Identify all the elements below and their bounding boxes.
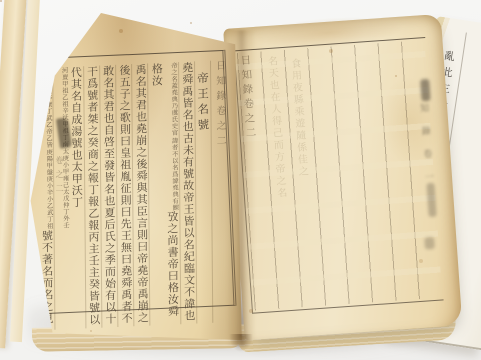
column-text: 敢名其君也自啓至發皆名也夏后氏之季而始有以十 bbox=[102, 65, 117, 325]
column-text: 後五子之歌則曰皇祖胤征則曰先王無曰堯舜禹者不 bbox=[118, 64, 133, 324]
column-text: 代其名自成湯號也太甲沃丁 bbox=[69, 66, 83, 208]
ink-smudge bbox=[420, 79, 431, 102]
gutter-fold bbox=[226, 30, 256, 346]
commentary-note: 庚陽甲盤庚小辛小乙武丁祖 庚祖甲廩辛康丁武乙帝乙皆 bbox=[44, 68, 52, 230]
volume-title: 日知錄卷之二 bbox=[214, 60, 226, 151]
text-column: 禹名其君也堯崩之後舜與其臣言則曰帝堯帝禹崩之 bbox=[131, 63, 149, 326]
ink-smudge bbox=[424, 237, 435, 250]
gutter-notch bbox=[229, 334, 253, 352]
text-column: 敢名其君也自啓至發皆名也夏后氏之季而始有以十 bbox=[99, 65, 117, 328]
text-column: 干爲號者桀之癸商之報丁報乙報丙主壬主癸皆號以 bbox=[83, 66, 101, 329]
text-column: 諱者不以名爲諱堯典有鰥 帝之名蓋堯典乃虞氏史官 攷之尚書帝曰格汝舜格汝 bbox=[148, 62, 181, 325]
column-text: 禹名其君也堯崩之後舜與其臣言則曰帝堯帝禹崩之 bbox=[134, 63, 149, 323]
note-sub-right: 諱者不以名爲諱堯典有鰥 bbox=[171, 137, 179, 211]
photo-of-open-chinese-book: 亂此三代以上之世 引廣序 方綵 名天也在人得己而方帝之名 食用夜縣乘遊隨係佳之 … bbox=[0, 0, 481, 360]
text-column: 堯舜禹皆名也古未有號故帝王皆以名紀臨文不諱也 bbox=[178, 61, 196, 324]
paper-speckles bbox=[0, 0, 2, 2]
right-page: 名天也在人得己而方帝之名 食用夜縣乘遊隨係佳之 日知錄卷之二 知錄卷一 bbox=[223, 14, 462, 340]
text-column: 後五子之歌則曰皇祖胤征則曰先王無曰堯舜禹者不 bbox=[115, 64, 133, 327]
text-column: 庚陽甲盤庚小辛小乙武丁祖 庚祖甲廩辛康丁武乙帝乙皆 號不著名而名之見於 bbox=[22, 68, 55, 331]
left-page: 日知錄卷之二 帝王名號 堯舜禹皆名也古未有號故帝王皆以名紀臨文不諱也 諱者不以名… bbox=[24, 6, 244, 354]
entry-heading-column: 帝王名號 bbox=[194, 61, 212, 324]
note-sub-left: 帝之名蓋堯典乃虞氏史官 bbox=[170, 62, 178, 136]
column-text: 干爲號者桀之癸商之報丁報乙報丙主壬主癸皆號以 bbox=[86, 66, 101, 326]
note-sub-left: 庚祖甲廩辛康丁武乙帝乙皆 bbox=[44, 68, 52, 149]
note-sub-right: 庚陽甲盤庚小辛小乙武丁祖 bbox=[45, 149, 53, 230]
entry-heading: 帝王名號 bbox=[196, 72, 211, 135]
left-page-paper: 日知錄卷之二 帝王名號 堯舜禹皆名也古未有號故帝王皆以名紀臨文不諱也 諱者不以名… bbox=[24, 6, 244, 354]
column-text: 堯舜禹皆名也古未有號故帝王皆以名紀臨文不諱也 bbox=[181, 61, 196, 321]
commentary-note: 諱者不以名爲諱堯典有鰥 帝之名蓋堯典乃虞氏史官 bbox=[170, 62, 178, 211]
left-fold-text: 卷之二 bbox=[54, 156, 65, 198]
